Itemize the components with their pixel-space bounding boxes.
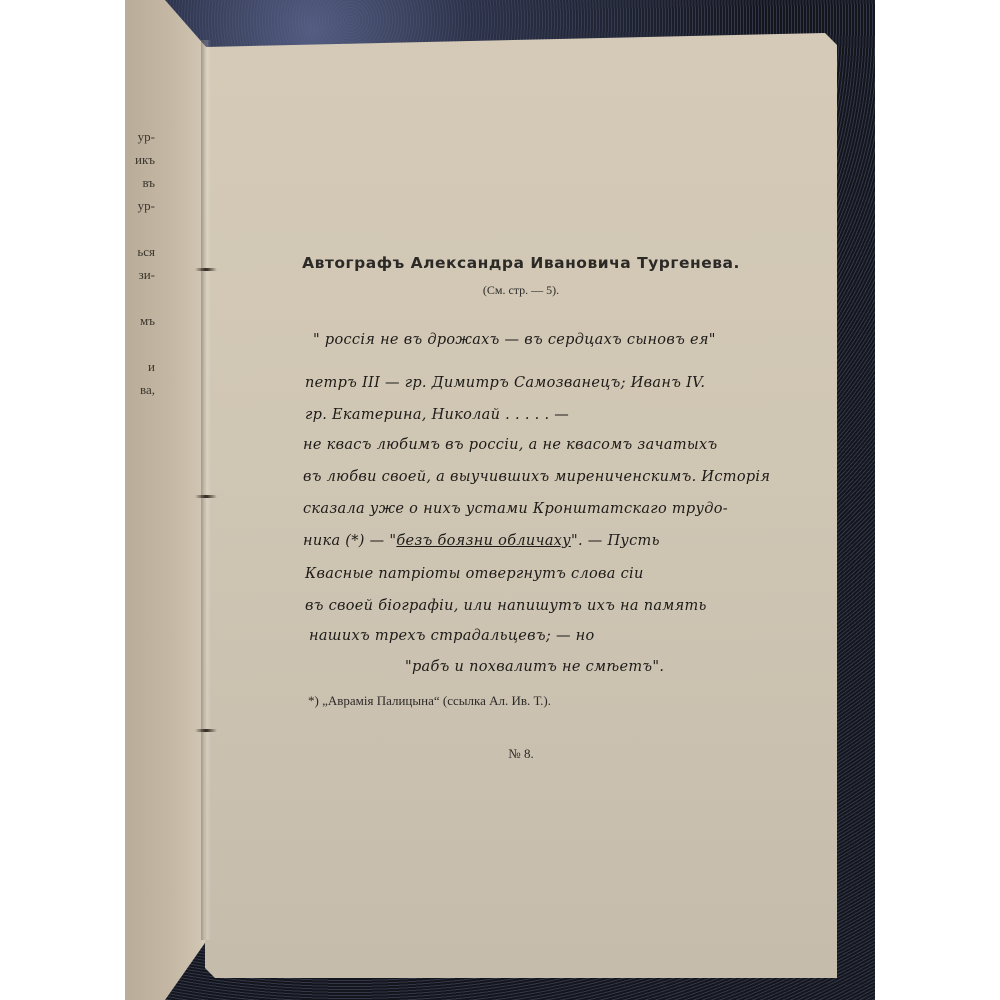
left-page: ур- икъ въ ур- ься зи- мъ и ва,	[125, 0, 207, 1000]
manuscript-line: " россія не въ дрожахъ — въ сердцахъ сын…	[313, 332, 716, 348]
manuscript-line: гр. Екатерина, Николай . . . . . —	[305, 407, 569, 423]
manuscript-line: въ любви своей, а выучившихъ мирениченск…	[303, 469, 770, 485]
manuscript-line: не квасъ любимъ въ россіи, а не квасомъ …	[303, 437, 717, 453]
page-subtitle: (См. стр. — 5).	[205, 283, 837, 298]
manuscript-line: ника (*) — "безъ боязни обличаху". — Пус…	[303, 533, 660, 549]
left-fragment: ур-	[125, 194, 155, 217]
right-page-content: Автографъ Александра Ивановича Тургенева…	[205, 0, 837, 1000]
left-fragment: ур-	[125, 125, 155, 148]
left-fragment: ься	[125, 240, 155, 263]
manuscript-text: ника (*) — "	[303, 533, 396, 549]
book-photo: ур- икъ въ ур- ься зи- мъ и ва, Автограф…	[125, 0, 875, 1000]
manuscript-line: сказала уже о нихъ устами Кронштатскаго …	[303, 501, 728, 517]
left-fragment	[125, 217, 155, 240]
left-page-text-fragments: ур- икъ въ ур- ься зи- мъ и ва,	[125, 125, 155, 401]
left-fragment: ва,	[125, 378, 155, 401]
manuscript-line: Квасные патріоты отвергнутъ слова сіи	[305, 566, 644, 582]
manuscript-line: въ своей біографіи, или напишутъ ихъ на …	[305, 598, 707, 614]
manuscript-text: ". — Пусть	[571, 533, 660, 549]
left-fragment: и	[125, 355, 155, 378]
left-fragment: зи-	[125, 263, 155, 286]
page-number: № 8.	[205, 746, 837, 762]
left-fragment: мъ	[125, 309, 155, 332]
left-fragment	[125, 286, 155, 309]
footnote: *) „Аврамія Палицына“ (ссылка Ал. Ив. Т.…	[308, 693, 551, 709]
manuscript-line: нашихъ трехъ страдальцевъ; — но	[309, 628, 595, 644]
page-title: Автографъ Александра Ивановича Тургенева…	[205, 254, 837, 272]
manuscript-line: петръ III — гр. Димитръ Самозванецъ; Ива…	[305, 375, 705, 391]
manuscript-line: "рабъ и похвалитъ не смѣетъ".	[405, 659, 664, 675]
left-fragment	[125, 332, 155, 355]
left-fragment: въ	[125, 171, 155, 194]
left-fragment: икъ	[125, 148, 155, 171]
manuscript-underlined-quote: безъ боязни обличаху	[396, 533, 571, 549]
